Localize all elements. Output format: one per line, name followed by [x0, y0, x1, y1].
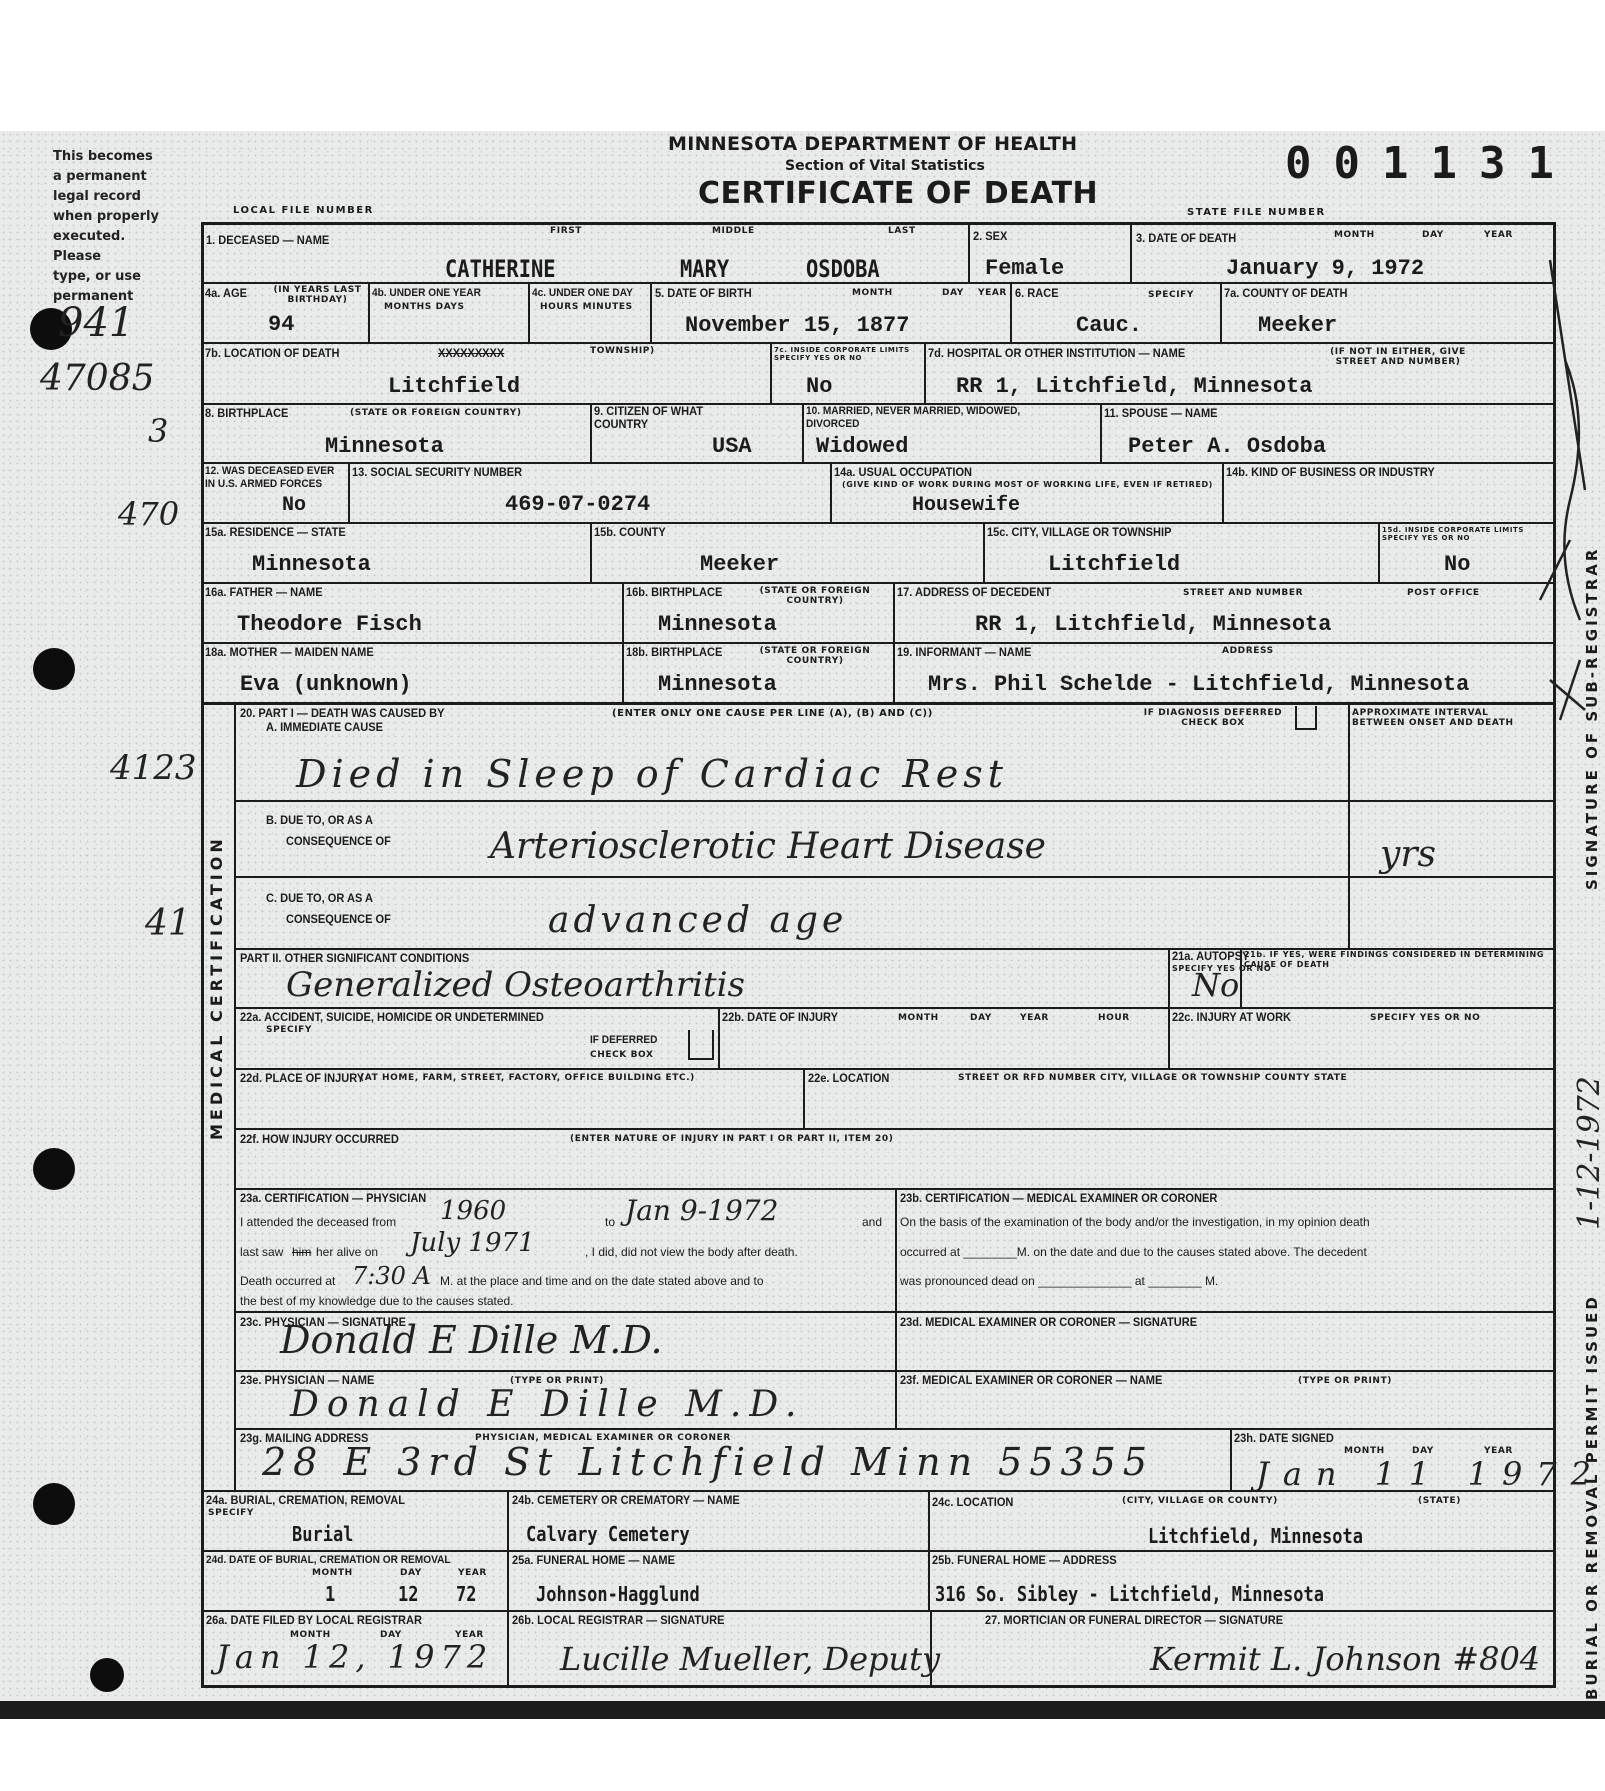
label-business: 14b. KIND OF BUSINESS OR INDUSTRY: [1226, 466, 1435, 479]
label-burial: 24a. BURIAL, CREMATION, REMOVAL: [206, 1494, 405, 1507]
label-informant-address: ADDRESS: [1222, 646, 1274, 656]
label-informant: 19. INFORMANT — NAME: [897, 646, 1031, 659]
autopsy-value: No: [1192, 966, 1239, 1004]
label-location-struck: XXXXXXXXX: [438, 347, 504, 360]
permit-date: 1-12-1972: [1572, 1076, 1605, 1230]
burial-value: Burial: [292, 1522, 353, 1546]
label-hour: HOUR: [1098, 1013, 1130, 1023]
attended-to: Jan 9-1972: [625, 1194, 778, 1227]
disposition-month: 1: [325, 1582, 335, 1606]
label-under-year: 4b. UNDER ONE YEAR: [372, 287, 481, 300]
physician-signature: Donald E Dille M.D.: [280, 1318, 663, 1362]
cause-c-value: advanced age: [548, 900, 847, 941]
label-date-of-injury: 22b. DATE OF INJURY: [722, 1011, 838, 1024]
label-last: LAST: [888, 226, 916, 236]
mother-name: Eva (unknown): [240, 672, 412, 697]
cemetery-value: Calvary Cemetery: [526, 1522, 690, 1546]
label-accident-specify: SPECIFY: [266, 1025, 312, 1035]
label-cert-physician: 23a. CERTIFICATION — PHYSICIAN: [240, 1192, 426, 1205]
label-cause-b: B. DUE TO, OR AS A: [266, 814, 373, 827]
label-day: DAY: [970, 1013, 992, 1023]
label-disposition-date: 24d. DATE OF BURIAL, CREMATION OR REMOVA…: [206, 1554, 482, 1567]
hole-punch: [33, 1148, 75, 1190]
label-father-bp-sub: (STATE OR FOREIGN COUNTRY): [735, 586, 895, 606]
cert-line2-post: , I did, did not view the body after dea…: [585, 1245, 798, 1260]
label-day: DAY: [1422, 230, 1444, 240]
label-sex: 2. SEX: [973, 230, 1007, 243]
date-signed: Jan 11 1972: [1256, 1455, 1605, 1493]
informant-value: Mrs. Phil Schelde - Litchfield, Minnesot…: [928, 672, 1469, 697]
label-how-injury: 22f. HOW INJURY OCCURRED: [240, 1133, 399, 1146]
cert-line1-post: and: [862, 1215, 882, 1230]
dob-value: November 15, 1877: [685, 313, 909, 338]
hole-punch: [33, 648, 75, 690]
label-how-sub: (ENTER NATURE OF INJURY IN PART I OR PAR…: [570, 1134, 893, 1144]
label-year: YEAR: [1484, 230, 1513, 240]
scan-edge: [0, 1701, 1605, 1719]
age-value: 94: [268, 312, 294, 337]
cert-line2-struck: him: [292, 1245, 311, 1260]
date-filed: Jan 12, 1972: [216, 1638, 493, 1676]
label-under-day-sub: HOURS MINUTES: [540, 302, 633, 312]
part2-value: Generalized Osteoarthritis: [286, 965, 745, 1005]
label-mother-birthplace: 18b. BIRTHPLACE: [626, 646, 722, 659]
hospital-value: RR 1, Litchfield, Minnesota: [956, 374, 1312, 399]
label-place-of-injury: 22d. PLACE OF INJURY: [240, 1072, 364, 1085]
label-occupation-sub: (GIVE KIND OF WORK DURING MOST OF WORKIN…: [842, 480, 1222, 490]
label-check-box: CHECK BOX: [590, 1050, 654, 1060]
document-title: CERTIFICATE OF DEATH: [698, 176, 1098, 211]
ssn-value: 469-07-0274: [505, 492, 650, 517]
label-cause-b-2: CONSEQUENCE OF: [286, 835, 391, 848]
label-at-work: 22c. INJURY AT WORK: [1172, 1011, 1291, 1024]
occupation-value: Housewife: [912, 494, 1020, 517]
local-file-number-label: LOCAL FILE NUMBER: [233, 205, 374, 216]
label-age: 4a. AGE: [205, 287, 247, 300]
margin-number: 4123: [110, 748, 197, 788]
label-month: MONTH: [312, 1568, 353, 1578]
label-year: YEAR: [458, 1568, 487, 1578]
label-township: TOWNSHIP): [590, 346, 655, 356]
label-autopsy: 21a. AUTOPSY: [1172, 950, 1249, 963]
label-first: FIRST: [550, 226, 582, 236]
label-residence-inside: 15d. INSIDE CORPORATE LIMITS SPECIFY YES…: [1382, 526, 1552, 542]
label-post-office: POST OFFICE: [1407, 588, 1480, 598]
sex-value: Female: [985, 256, 1064, 281]
label-residence-state: 15a. RESIDENCE — STATE: [205, 526, 346, 539]
margin-number: 941: [58, 300, 134, 346]
label-injury-location: 22e. LOCATION: [808, 1072, 889, 1085]
mother-birthplace: Minnesota: [658, 672, 777, 697]
label-diagnosis-deferred: IF DIAGNOSIS DEFERRED CHECK BOX: [1138, 708, 1288, 728]
disposition-day: 12: [398, 1582, 418, 1606]
diagnosis-deferred-checkbox[interactable]: [1295, 706, 1317, 730]
margin-number: 3: [148, 412, 168, 450]
label-under-day: 4c. UNDER ONE DAY: [532, 287, 633, 300]
cause-b-value: Arteriosclerotic Heart Disease: [490, 826, 1046, 867]
spouse-value: Peter A. Osdoba: [1128, 434, 1326, 459]
label-interval: APPROXIMATE INTERVAL BETWEEN ONSET AND D…: [1352, 708, 1532, 728]
label-mother: 18a. MOTHER — MAIDEN NAME: [205, 646, 374, 659]
cause-b-interval: yrs: [1380, 834, 1436, 875]
decedent-address: RR 1, Litchfield, Minnesota: [975, 612, 1331, 637]
label-mother-bp-sub: (STATE OR FOREIGN COUNTRY): [735, 646, 895, 666]
section-title: Section of Vital Statistics: [785, 158, 985, 174]
state-file-number-label: STATE FILE NUMBER: [1187, 207, 1326, 218]
label-residence-city: 15c. CITY, VILLAGE OR TOWNSHIP: [987, 526, 1171, 539]
margin-number: 47085: [40, 358, 155, 399]
label-inside-limits: 7c. INSIDE CORPORATE LIMITS SPECIFY YES …: [774, 346, 919, 362]
department-title: MINNESOTA DEPARTMENT OF HEALTH: [668, 133, 1077, 155]
label-part1-note: (ENTER ONLY ONE CAUSE PER LINE (A), (B) …: [612, 709, 933, 719]
attended-from: 1960: [440, 1196, 506, 1226]
label-month: MONTH: [1334, 230, 1375, 240]
disposition-location: Litchfield, Minnesota: [1148, 1524, 1363, 1548]
label-date-of-death: 3. DATE OF DEATH: [1136, 232, 1236, 245]
label-place-sub: (AT HOME, FARM, STREET, FACTORY, OFFICE …: [360, 1073, 720, 1083]
first-name: CATHERINE: [445, 255, 556, 283]
label-race: 6. RACE: [1015, 287, 1059, 300]
label-findings: 21b. IF YES, WERE FINDINGS CONSIDERED IN…: [1244, 950, 1544, 970]
label-accident: 22a. ACCIDENT, SUICIDE, HOMICIDE OR UNDE…: [240, 1011, 544, 1024]
armed-forces-value: No: [282, 494, 306, 517]
examiner-line1: On the basis of the examination of the b…: [900, 1215, 1370, 1230]
label-occupation: 14a. USUAL OCCUPATION: [834, 466, 972, 479]
middle-name: MARY: [680, 255, 729, 283]
label-disposition-location: 24c. LOCATION: [932, 1496, 1013, 1509]
birthplace-value: Minnesota: [325, 434, 444, 459]
cert-line1-mid: to: [605, 1215, 615, 1230]
label-date-signed: 23h. DATE SIGNED: [1234, 1432, 1334, 1445]
label-name: 1. DECEASED — NAME: [206, 234, 329, 247]
last-seen: July 1971: [410, 1228, 535, 1258]
label-month: MONTH: [898, 1013, 939, 1023]
inside-limits-value: No: [806, 374, 832, 399]
marital-value: Widowed: [816, 434, 908, 459]
hole-punch: [33, 1483, 75, 1525]
label-month: MONTH: [852, 288, 893, 298]
last-name: OSDOBA: [806, 255, 880, 283]
state-file-number: 001131: [1285, 138, 1576, 189]
label-residence-county: 15b. COUNTY: [594, 526, 666, 539]
location-of-death: Litchfield: [388, 374, 520, 399]
burial-permit-label: BURIAL OR REMOVAL PERMIT ISSUED: [1583, 1294, 1601, 1700]
mailing-address: 28 E 3rd St Litchfield Minn 55355: [262, 1440, 1154, 1484]
margin-number: 470: [118, 495, 179, 533]
label-citizen: 9. CITIZEN OF WHAT COUNTRY: [594, 405, 723, 431]
label-hospital-sub: (IF NOT IN EITHER, GIVE STREET AND NUMBE…: [1318, 347, 1478, 367]
medical-certification-label: MEDICAL CERTIFICATION: [207, 835, 226, 1140]
deferred-checkbox[interactable]: [688, 1030, 714, 1060]
margin-number: 41: [145, 903, 191, 944]
sub-registrar-signature: [1530, 240, 1600, 760]
label-part2: PART II. OTHER SIGNIFICANT CONDITIONS: [240, 952, 469, 965]
label-hospital: 7d. HOSPITAL OR OTHER INSTITUTION — NAME: [928, 347, 1185, 360]
label-cemetery: 24b. CEMETERY OR CREMATORY — NAME: [512, 1494, 740, 1507]
label-ssn: 13. SOCIAL SECURITY NUMBER: [352, 466, 522, 479]
father-birthplace: Minnesota: [658, 612, 777, 637]
label-cert-examiner: 23b. CERTIFICATION — MEDICAL EXAMINER OR…: [900, 1192, 1217, 1205]
mortician-signature: Kermit L. Johnson #804: [1150, 1640, 1540, 1678]
label-armed-forces: 12. WAS DECEASED EVER IN U.S. ARMED FORC…: [205, 465, 338, 491]
label-registrar-signature: 26b. LOCAL REGISTRAR — SIGNATURE: [512, 1614, 724, 1627]
label-date-filed: 26a. DATE FILED BY LOCAL REGISTRAR: [206, 1614, 422, 1627]
label-at-work-sub: SPECIFY YES OR NO: [1370, 1013, 1480, 1023]
label-day: DAY: [400, 1568, 422, 1578]
label-mortician-signature: 27. MORTICIAN OR FUNERAL DIRECTOR — SIGN…: [985, 1614, 1283, 1627]
label-funeral-home: 25a. FUNERAL HOME — NAME: [512, 1554, 675, 1567]
label-part1: 20. PART I — DEATH WAS CAUSED BY: [240, 707, 444, 720]
label-location-city: (CITY, VILLAGE OR COUNTY): [1122, 1496, 1278, 1506]
label-street: STREET AND NUMBER: [1183, 588, 1303, 598]
label-cause-c-2: CONSEQUENCE OF: [286, 913, 391, 926]
residence-county: Meeker: [700, 552, 779, 577]
label-if-deferred: IF DEFERRED: [590, 1034, 657, 1047]
label-examiner-signature: 23d. MEDICAL EXAMINER OR CORONER — SIGNA…: [900, 1316, 1197, 1329]
physician-name: Donald E Dille M.D.: [290, 1384, 804, 1425]
funeral-home: Johnson-Hagglund: [536, 1582, 700, 1606]
residence-state: Minnesota: [252, 552, 371, 577]
cert-line2-mid: her alive on: [316, 1245, 378, 1260]
cert-line2-pre: last saw: [240, 1245, 283, 1260]
citizen-value: USA: [712, 434, 752, 459]
label-cause-c: C. DUE TO, OR AS A: [266, 892, 373, 905]
label-father-birthplace: 16b. BIRTHPLACE: [626, 586, 722, 599]
date-of-death: January 9, 1972: [1226, 256, 1424, 281]
examiner-line2: occurred at ________M. on the date and d…: [900, 1245, 1367, 1260]
label-examiner-name: 23f. MEDICAL EXAMINER OR CORONER — NAME: [900, 1374, 1162, 1387]
label-marital: 10. MARRIED, NEVER MARRIED, WIDOWED, DIV…: [806, 405, 1027, 431]
residence-city: Litchfield: [1048, 552, 1180, 577]
label-spouse: 11. SPOUSE — NAME: [1104, 407, 1218, 420]
label-middle: MIDDLE: [712, 226, 755, 236]
label-dob: 5. DATE OF BIRTH: [655, 287, 752, 300]
label-under-year-sub: MONTHS DAYS: [384, 302, 465, 312]
label-burial-specify: SPECIFY: [208, 1508, 254, 1518]
label-year: YEAR: [978, 288, 1007, 298]
cert-line1-pre: I attended the deceased from: [240, 1215, 396, 1230]
margin-instructions: This becomesa permanent legal recordwhen…: [53, 147, 183, 307]
label-age-sub: (IN YEARS LAST BIRTHDAY): [270, 285, 365, 305]
cert-line3-post: M. at the place and time and on the date…: [440, 1274, 764, 1289]
race-value: Cauc.: [1076, 313, 1142, 338]
label-county-of-death: 7a. COUNTY OF DEATH: [1224, 287, 1348, 300]
residence-inside: No: [1444, 552, 1470, 577]
label-specify: SPECIFY: [1148, 290, 1194, 300]
label-address: 17. ADDRESS OF DECEDENT: [897, 586, 1051, 599]
examiner-line3: was pronounced dead on ______________ at…: [900, 1274, 1218, 1289]
label-birthplace-sub: (STATE OR FOREIGN COUNTRY): [350, 408, 522, 418]
hole-punch: [90, 1658, 124, 1692]
time-of-death: 7:30 A: [352, 1262, 431, 1290]
label-father: 16a. FATHER — NAME: [205, 586, 323, 599]
label-funeral-address: 25b. FUNERAL HOME — ADDRESS: [932, 1554, 1117, 1567]
county-of-death: Meeker: [1258, 313, 1337, 338]
disposition-year: 72: [456, 1582, 476, 1606]
cause-a-value: Died in Sleep of Cardiac Rest: [296, 752, 1008, 796]
father-name: Theodore Fisch: [237, 612, 422, 637]
label-birthplace: 8. BIRTHPLACE: [205, 407, 288, 420]
cert-line4: the best of my knowledge due to the caus…: [240, 1294, 514, 1309]
cert-line3-pre: Death occurred at: [240, 1274, 335, 1289]
label-location-state: (STATE): [1418, 1496, 1461, 1506]
label-location: 7b. LOCATION OF DEATH: [205, 347, 340, 360]
label-injury-location-sub: STREET OR RFD NUMBER CITY, VILLAGE OR TO…: [958, 1073, 1347, 1083]
label-day: DAY: [942, 288, 964, 298]
registrar-signature: Lucille Mueller, Deputy: [560, 1640, 940, 1678]
label-type-or-print: (TYPE OR PRINT): [1298, 1376, 1392, 1386]
funeral-address: 316 So. Sibley - Litchfield, Minnesota: [935, 1582, 1324, 1606]
label-year: YEAR: [1020, 1013, 1049, 1023]
label-cause-a: A. IMMEDIATE CAUSE: [266, 721, 383, 734]
